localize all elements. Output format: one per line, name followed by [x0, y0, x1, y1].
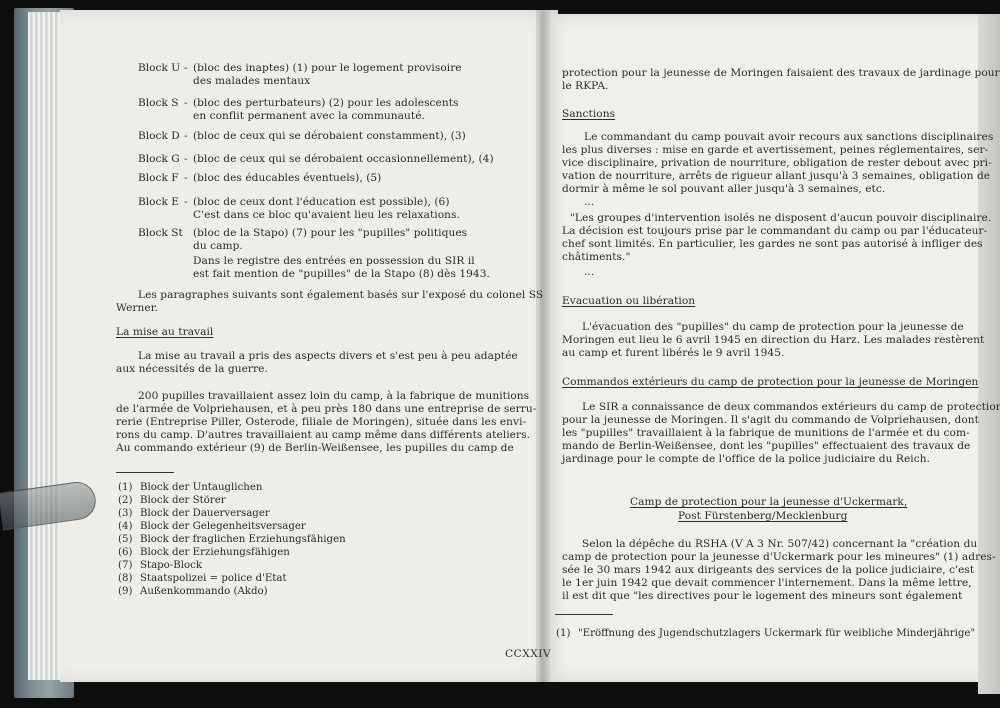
block-desc: du camp.: [193, 240, 243, 253]
paragraph-line: Le commandant du camp pouvait avoir reco…: [584, 131, 993, 144]
block-desc: C'est dans ce bloc qu'avaient lieu les r…: [193, 209, 460, 222]
section-heading: Camp de protection pour la jeunesse d'Uc…: [630, 496, 907, 509]
block-desc: (bloc des perturbateurs) (2) pour les ad…: [193, 97, 459, 110]
footnote: (7)Stapo-Block: [118, 559, 202, 572]
block-desc: (bloc de ceux dont l'éducation est possi…: [193, 196, 450, 209]
block-desc: (bloc des éducables éventuels), (5): [193, 172, 381, 185]
footnote: (9)Außenkommando (Akdo): [118, 585, 268, 598]
ellipsis: ...: [584, 266, 594, 279]
paragraph-line: au camp et furent libérés le 9 avril 194…: [562, 347, 784, 360]
block-sep: -: [184, 62, 188, 75]
block-label: Block St: [138, 227, 183, 240]
page-edges: [28, 12, 64, 680]
block-desc: en conflit permanent avec la communauté.: [193, 110, 425, 123]
quote-line: châtiments.": [562, 251, 630, 264]
paragraph-line: mando de Berlin-Weißensee, dont les "pup…: [562, 440, 970, 453]
section-heading: Sanctions: [562, 108, 615, 121]
block-sep: -: [184, 97, 188, 110]
paragraph-line: les plus diverses : mise en garde et ave…: [562, 144, 988, 157]
block-label: Block F: [138, 172, 179, 185]
block-desc: (bloc des inaptes) (1) pour le logement …: [193, 62, 462, 75]
block-label: Block D: [138, 130, 180, 143]
footnote: (4)Block der Gelegenheitsversager: [118, 520, 306, 533]
footnote-divider: [116, 472, 174, 473]
block-desc: (bloc de ceux qui se dérobaient constamm…: [193, 130, 466, 143]
paragraph-line: Selon la dépêche du RSHA (V A 3 Nr. 507/…: [582, 538, 977, 551]
paragraph-line: le 1er juin 1942 que devait commencer l'…: [562, 577, 972, 590]
block-desc: (bloc de la Stapo) (7) pour les "pupille…: [193, 227, 467, 240]
block-sep: -: [184, 172, 188, 185]
block-label: Block S: [138, 97, 179, 110]
paragraph-line: sée le 30 mars 1942 aux dirigeants des s…: [562, 564, 974, 577]
block-label: Block G: [138, 153, 180, 166]
quote-line: La décision est toujours prise par le co…: [562, 225, 987, 238]
book-gutter: [536, 10, 550, 682]
paragraph-line: de l'armée de Volpriehausen, et à peu pr…: [116, 403, 536, 416]
page-number: CCXXIV: [505, 648, 551, 660]
paragraph-line: Au commando extérieur (9) de Berlin-Weiß…: [116, 442, 514, 455]
paragraph-line: vation de nourriture, arrêts de rigueur …: [562, 170, 990, 183]
footnote-divider: [555, 614, 613, 615]
paragraph-line: aux nécessités de la guerre.: [116, 363, 268, 376]
paragraph-line: camp de protection pour la jeunesse d'Uc…: [562, 551, 996, 564]
footnote: (3)Block der Dauerversager: [118, 507, 270, 520]
paragraph-line: Werner.: [116, 302, 158, 315]
section-heading: Evacuation ou libération: [562, 295, 695, 308]
paragraph-line: L'évacuation des "pupilles" du camp de p…: [582, 321, 964, 334]
block-sep: -: [184, 130, 188, 143]
ellipsis: ...: [584, 196, 594, 209]
footnote: (2)Block der Störer: [118, 494, 226, 507]
paragraph-line: dormir à même le sol pouvant aller jusqu…: [562, 183, 885, 196]
block-sep: -: [184, 153, 188, 166]
paragraph-line: 200 pupilles travaillaient assez loin du…: [138, 390, 529, 403]
paragraph-line: Les paragraphes suivants sont également …: [138, 289, 543, 302]
block-desc: des malades mentaux: [193, 75, 310, 88]
right-page-edges: [978, 14, 1000, 694]
paragraph-line: vice disciplinaire, privation de nourrit…: [562, 157, 992, 170]
paragraph-line: il est dit que "les directives pour le l…: [562, 590, 962, 603]
paragraph-line: rerie (Entreprise Piller, Osterode, fili…: [116, 416, 526, 429]
paragraph-line: le RKPA.: [562, 80, 609, 93]
section-heading: La mise au travail: [116, 326, 213, 339]
paragraph-line: protection pour la jeunesse de Moringen …: [562, 67, 1000, 80]
paragraph-line: les "pupilles" travaillaient à la fabriq…: [562, 427, 970, 440]
quote-line: chef sont limités. En particulier, les g…: [562, 238, 983, 251]
paragraph-line: La mise au travail a pris des aspects di…: [138, 350, 518, 363]
paragraph-line: rons du camp. D'autres travaillaient au …: [116, 429, 530, 442]
block-desc: (bloc de ceux qui se dérobaient occasion…: [193, 153, 494, 166]
quote-line: "Les groupes d'intervention isolés ne di…: [570, 212, 991, 225]
section-heading: Commandos extérieurs du camp de protecti…: [562, 376, 978, 389]
block-label: Block U: [138, 62, 180, 75]
paragraph-line: Moringen eut lieu le 6 avril 1945 en dir…: [562, 334, 984, 347]
footnote: (5)Block der fraglichen Erziehungsfähige…: [118, 533, 346, 546]
footnote: (8)Staatspolizei = police d'Etat: [118, 572, 287, 585]
paragraph-line: pour la jeunesse de Moringen. Il s'agit …: [562, 414, 979, 427]
paragraph-line: Le SIR a connaissance de deux commandos …: [582, 401, 1000, 414]
footnote: (6)Block der Erziehungsfähigen: [118, 546, 290, 559]
block-desc: est fait mention de "pupilles" de la Sta…: [193, 268, 490, 281]
footnote: (1)"Eröffnung des Jugendschutzlagers Uck…: [556, 627, 975, 640]
block-label: Block E: [138, 196, 179, 209]
block-sep: -: [184, 196, 188, 209]
footnote: (1)Block der Untauglichen: [118, 481, 262, 494]
section-heading: Post Fürstenberg/Mecklenburg: [678, 510, 847, 523]
block-desc: Dans le registre des entrées en possessi…: [193, 255, 475, 268]
paragraph-line: jardinage pour le compte de l'office de …: [562, 453, 930, 466]
